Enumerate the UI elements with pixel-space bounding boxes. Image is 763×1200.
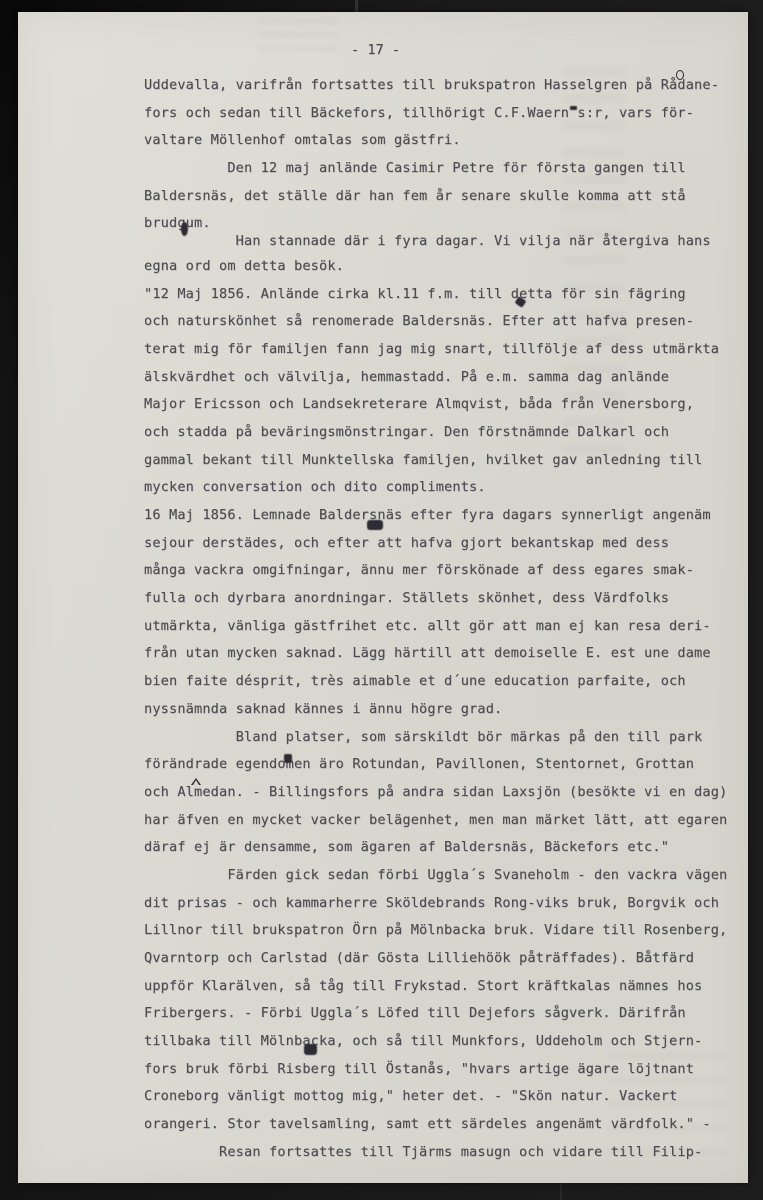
typewritten-line: Resan fortsattes till Tjärms masugn och … xyxy=(144,1139,754,1167)
typewritten-line: fulla och dyrbara anordningar. Ställets … xyxy=(144,585,754,613)
typewritten-line: bien faite désprit, très aimable et d´un… xyxy=(144,668,754,696)
scanner-background: - 17 - Uddevalla, varifrån fortsattes ti… xyxy=(0,0,763,1200)
typewritten-line: däraf ej är densamme, som ägaren af Bald… xyxy=(144,834,754,862)
typewritten-line: Qvarntorp och Carlstad (där Gösta Lillie… xyxy=(144,945,754,973)
typewritten-line: Major Ericsson och Landsekreterare Almqv… xyxy=(144,391,754,419)
mat-seam-bottom xyxy=(560,1183,562,1200)
typewritten-line: sejour derstädes, och efter att hafva gj… xyxy=(144,530,754,558)
typewritten-line: utmärkta, vänliga gästfrihet etc. allt g… xyxy=(144,613,754,641)
typewritten-line: har äfven en mycket vacker belägenhet, m… xyxy=(144,807,754,835)
typewritten-line: och stadda på beväringsmönstringar. Den … xyxy=(144,419,754,447)
typewritten-line: fors bruk förbi Risberg till Östanås, "h… xyxy=(144,1056,754,1084)
typewritten-line: Bland platser, som särskildt bör märkas … xyxy=(144,724,754,752)
typewritten-line: fors och sedan till Bäckefors, tillhörig… xyxy=(144,100,754,128)
typewritten-line: Fribergers. - Förbi Uggla´s Löfed till D… xyxy=(144,1000,754,1028)
typewritten-line: mycken conversation och dito compliments… xyxy=(144,474,754,502)
typewritten-line: nyssnämnda saknad kännes i ännu högre gr… xyxy=(144,696,754,724)
typewritten-line: terat mig för familjen fann jag mig snar… xyxy=(144,336,754,364)
page-number: - 17 - xyxy=(351,42,400,58)
typewritten-line: 16 Maj 1856. Lemnade Baldersnäs efter fy… xyxy=(144,502,754,530)
typewritten-line: och Almedan. - Billingsfors på andra sid… xyxy=(144,779,754,807)
typewritten-line: egna ord om detta besök. xyxy=(144,253,754,281)
typewritten-line: Den 12 maj anlände Casimir Petre för för… xyxy=(144,155,754,183)
typewritten-line: Lillnor till brukspatron Örn på Mölnback… xyxy=(144,917,754,945)
typewritten-line: Han stannade där i fyra dagar. Vi vilja … xyxy=(144,228,754,256)
text-lines: Uddevalla, varifrån fortsattes till bruk… xyxy=(144,72,754,1167)
typewritten-line: tillbaka till Mölnbacka, och så till Mun… xyxy=(144,1028,754,1056)
typewritten-line: från utan mycken saknad. Lägg härtill at… xyxy=(144,640,754,668)
typewritten-line: och naturskönhet så renomerade Baldersnä… xyxy=(144,308,754,336)
typewritten-line: orangeri. Stor tavelsamling, samt ett sä… xyxy=(144,1111,754,1139)
typewritten-line: älskvärdhet och välvilja, hemmastadd. På… xyxy=(144,364,754,392)
typewritten-line: Baldersnäs, det ställe där han fem år se… xyxy=(144,183,754,211)
typewritten-line: gammal bekant till Munktellska familjen,… xyxy=(144,447,754,475)
scanned-page: - 17 - Uddevalla, varifrån fortsattes ti… xyxy=(18,12,748,1183)
typewritten-line: Uddevalla, varifrån fortsattes till bruk… xyxy=(144,72,754,100)
bleedthrough-ghost xyxy=(258,18,338,54)
typewritten-line: många vackra omgifningar, ännu mer försk… xyxy=(144,557,754,585)
typewritten-line: förändrade egendomen äro Rotundan, Pavil… xyxy=(144,751,754,779)
typewritten-line: Färden gick sedan förbi Uggla´s Svanehol… xyxy=(144,862,754,890)
typewritten-line: Croneborg vänligt mottog mig," heter det… xyxy=(144,1083,754,1111)
typewritten-line: dit prisas - och kammarherre Sköldebrand… xyxy=(144,890,754,918)
typewritten-line: uppför Klarälven, så tåg till Frykstad. … xyxy=(144,973,754,1001)
typewritten-line: "12 Maj 1856. Anlände cirka kl.11 f.m. t… xyxy=(144,281,754,309)
typewritten-line: valtare Möllenhof omtalas som gästfri. xyxy=(144,127,754,155)
